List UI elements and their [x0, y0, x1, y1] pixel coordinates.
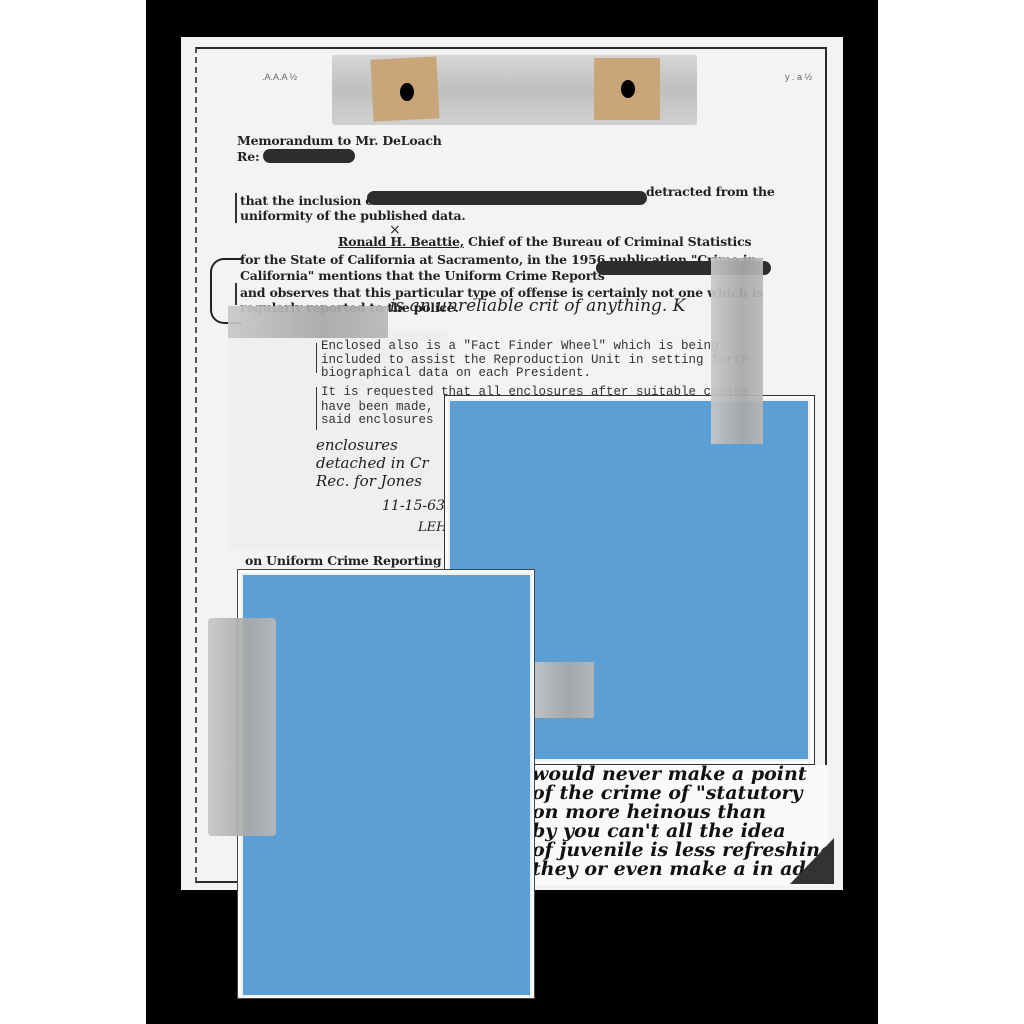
- insert-para1-line3: biographical data on each President.: [321, 366, 591, 380]
- footer-line: on Uniform Crime Reporting t: [245, 553, 451, 568]
- stamp-top-left: .A.A.A ½: [262, 72, 297, 82]
- para2-line1: Ronald H. Beattie, Chief of the Bureau o…: [338, 234, 751, 249]
- para1-line1-end: detracted from the: [646, 184, 775, 199]
- insert-para1-line1: Enclosed also is a "Fact Finder Wheel" w…: [321, 339, 719, 353]
- insert-para2-line2: have been made,: [321, 400, 434, 414]
- margin-bar: [235, 193, 237, 223]
- punch-hole-left-icon: [400, 83, 414, 101]
- para2-line3: California" mentions that the Uniform Cr…: [240, 268, 605, 283]
- handnote-date: 11-15-63: [382, 498, 445, 514]
- tape-strip-middle: [531, 662, 594, 718]
- para1-line2: uniformity of the published data.: [240, 208, 466, 223]
- handnote-line2: detached in Cr: [316, 454, 429, 472]
- redaction-re: [263, 149, 355, 163]
- memo-to-line: Memorandum to Mr. DeLoach: [237, 133, 442, 148]
- page-corner-mark: [790, 838, 834, 884]
- letter-line: they or even make a in adult: [532, 860, 828, 879]
- redaction-para1: [367, 191, 647, 205]
- punch-hole-right-icon: [621, 80, 635, 98]
- handnote-line1: enclosures: [316, 436, 398, 454]
- beattie-name: Ronald H. Beattie,: [338, 234, 464, 249]
- tape-strip-left: [208, 618, 276, 836]
- tape-strip-insert-top: [228, 306, 388, 338]
- handwritten-letter: would never make a point of the crime of…: [532, 765, 828, 885]
- margin-bar: [316, 387, 317, 430]
- handnote-line3: Rec. for Jones: [316, 472, 422, 490]
- insert-para1-line2: included to assist the Reproduction Unit…: [321, 353, 749, 367]
- memo-re-label: Re:: [237, 149, 259, 164]
- handwritten-annotation: is an unreliable crit́ of anything. K: [390, 296, 685, 316]
- tape-strip-right: [711, 258, 763, 444]
- para1-line1-start: that the inclusion of: [240, 193, 379, 208]
- para2-line1-rest: Chief of the Bureau of Criminal Statisti…: [464, 234, 751, 249]
- blue-panel-left: [241, 573, 532, 997]
- stamp-top-right: y . a ½: [785, 72, 812, 82]
- insert-para2-line3: said enclosures: [321, 413, 434, 427]
- margin-bar: [316, 343, 317, 373]
